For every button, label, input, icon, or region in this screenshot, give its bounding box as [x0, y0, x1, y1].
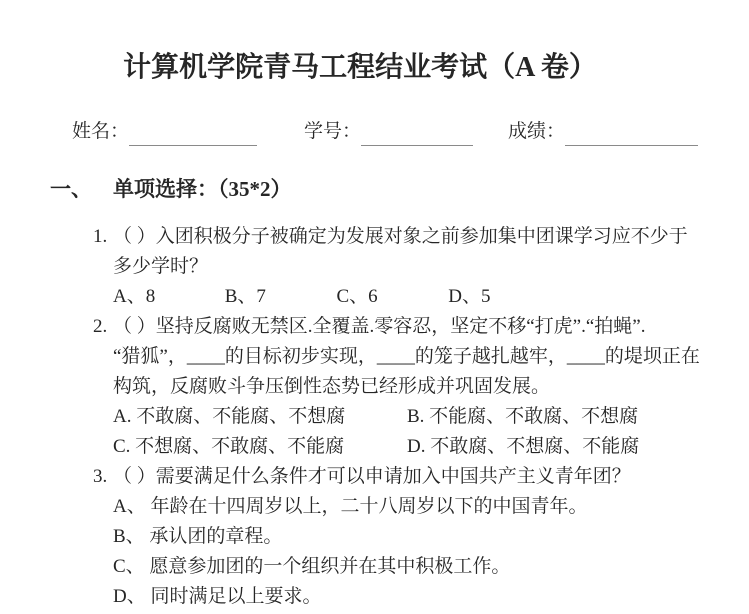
option-d: D、5: [448, 282, 490, 312]
section-heading: 一、单项选择：（35*2）: [0, 176, 749, 202]
question-3: 3. （ ）需要满足什么条件才可以申请加入中国共产主义青年团？ A、 年龄在十四…: [0, 462, 749, 612]
option-c: C. 不想腐、不敢腐、不能腐: [113, 432, 407, 462]
question-1-number: 1.: [93, 222, 113, 312]
option-c: C、6: [337, 282, 444, 312]
student-id-field: 学号：: [304, 118, 473, 146]
option-d: D. 不敢腐、不想腐、不能腐: [407, 432, 709, 462]
question-1-options: A、8 B、7 C、6 D、5: [113, 282, 709, 312]
section-title: 单项选择：（35*2）: [113, 177, 292, 201]
name-field: 姓名：: [72, 118, 257, 146]
score-blank: [565, 122, 698, 146]
name-label: 姓名：: [72, 118, 129, 146]
question-list: 1. （ ）入团积极分子被确定为发展对象之前参加集中团课学习应不少于 多少学时？…: [0, 222, 749, 612]
question-1-stem-line: 多少学时？: [113, 252, 709, 282]
question-1: 1. （ ）入团积极分子被确定为发展对象之前参加集中团课学习应不少于 多少学时？…: [0, 222, 749, 312]
exam-document-page: 计算机学院青马工程结业考试（A 卷） 姓名： 学号： 成绩： 一、单项选择：（3…: [0, 0, 749, 614]
name-blank: [129, 122, 257, 146]
question-2-stem-line: “猎狐”，____的目标初步实现，____的笼子越扎越牢，____的堤坝正在: [113, 342, 709, 372]
student-id-label: 学号：: [304, 118, 361, 146]
option-c: C、 愿意参加团的一个组织并在其中积极工作。: [113, 552, 709, 582]
score-label: 成绩：: [508, 118, 565, 146]
question-2-options: A. 不敢腐、不能腐、不想腐 B. 不能腐、不敢腐、不想腐 C. 不想腐、不敢腐…: [113, 402, 709, 462]
option-a: A. 不敢腐、不能腐、不想腐: [113, 402, 407, 432]
question-2-body: （ ）坚持反腐败无禁区.全覆盖.零容忍，坚定不移“打虎”.“拍蝇”. “猎狐”，…: [113, 312, 709, 462]
question-2-stem-line: （ ）坚持反腐败无禁区.全覆盖.零容忍，坚定不移“打虎”.“拍蝇”.: [113, 312, 709, 342]
question-3-number: 3.: [93, 462, 113, 612]
option-b: B、 承认团的章程。: [113, 522, 709, 552]
option-b: B. 不能腐、不敢腐、不想腐: [407, 402, 709, 432]
option-b: B、7: [225, 282, 332, 312]
question-3-stem-line: （ ）需要满足什么条件才可以申请加入中国共产主义青年团？: [113, 462, 709, 492]
question-3-options: A、 年龄在十四周岁以上，二十八周岁以下的中国青年。 B、 承认团的章程。 C、…: [113, 492, 709, 612]
student-info-row: 姓名： 学号： 成绩：: [0, 118, 749, 146]
question-2: 2. （ ）坚持反腐败无禁区.全覆盖.零容忍，坚定不移“打虎”.“拍蝇”. “猎…: [0, 312, 749, 462]
option-d: D、 同时满足以上要求。: [113, 582, 709, 612]
question-2-number: 2.: [93, 312, 113, 462]
option-a: A、 年龄在十四周岁以上，二十八周岁以下的中国青年。: [113, 492, 709, 522]
page-title: 计算机学院青马工程结业考试（A 卷）: [0, 0, 720, 86]
question-1-stem-line: （ ）入团积极分子被确定为发展对象之前参加集中团课学习应不少于: [113, 222, 709, 252]
question-1-body: （ ）入团积极分子被确定为发展对象之前参加集中团课学习应不少于 多少学时？ A、…: [113, 222, 709, 312]
score-field: 成绩：: [508, 118, 698, 146]
section-number: 一、: [50, 176, 113, 202]
question-2-stem-line: 构筑，反腐败斗争压倒性态势已经形成并巩固发展。: [113, 372, 709, 402]
question-3-body: （ ）需要满足什么条件才可以申请加入中国共产主义青年团？ A、 年龄在十四周岁以…: [113, 462, 709, 612]
option-a: A、8: [113, 282, 220, 312]
student-id-blank: [361, 122, 473, 146]
